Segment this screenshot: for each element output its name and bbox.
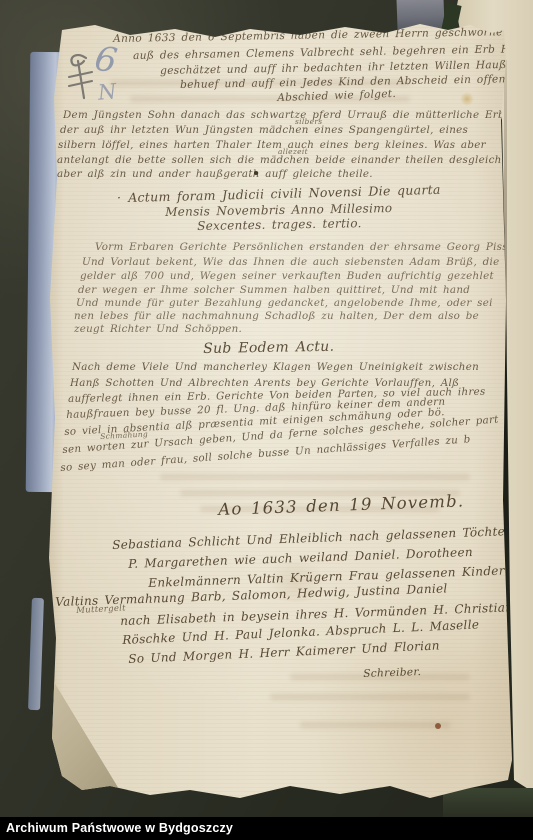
manuscript-line: antelangt die bette sollen sich die mädc… <box>57 154 515 166</box>
closing-word: Schreiber. <box>363 666 421 680</box>
archival-scan-photo: 6 N Anno 1633 den 6 Septembris haben die… <box>0 0 533 840</box>
manuscript-line: Dem Jüngsten Sohn danach das schwartze p… <box>63 109 508 121</box>
archive-caption-bar: Archiwum Państwowe w Bydgoszczy <box>0 817 533 840</box>
manuscript-line: zeugt Richter Und Schöppen. <box>74 323 242 335</box>
manuscript-page: 6 N Anno 1633 den 6 Septembris haben die… <box>40 22 520 804</box>
manuscript-line: behuef und auff ein Jedes Kind den Absch… <box>180 73 506 91</box>
underlying-page-edge-lower <box>28 598 44 710</box>
margin-note: Muttergelt <box>76 603 126 616</box>
manuscript-line: gelder alß 700 und, Wegen seiner verkauf… <box>80 270 494 282</box>
section-heading-sub-eodem-actu: Sub Eodem Actu. <box>203 339 334 357</box>
bleedthrough-line <box>300 722 450 728</box>
manuscript-line: der auß ihr letzten Wun Jüngsten mädchen… <box>60 124 468 136</box>
latin-formula-line: Sexcentes. trages. tertio. <box>197 216 362 233</box>
manuscript-line: der wegen er Ihme solcher Summen halben … <box>78 284 470 296</box>
binding-shadow <box>443 788 533 818</box>
manuscript-line: Vorm Erbaren Gerichte Persönlichen ersta… <box>95 241 521 253</box>
manuscript-line: aber alß zin und ander haußgerath auff g… <box>57 168 373 180</box>
bleedthrough-line <box>160 474 470 480</box>
archive-caption: Archiwum Państwowe w Bydgoszczy <box>0 817 533 840</box>
manuscript-line: Und munde für guter Bezahlung gedancket,… <box>76 297 493 309</box>
manuscript-line: nen lebes für alle nachmahnung Schadloß … <box>74 310 479 322</box>
blue-pencil-letter: N <box>97 79 117 105</box>
latin-formula-line: Actum foram Judicii civili Novensi Die q… <box>128 182 441 205</box>
pencil-mark-icon <box>64 52 94 104</box>
bleedthrough-line <box>270 694 470 700</box>
latin-bullet: · <box>117 190 121 205</box>
dog-ear-fold <box>40 642 135 802</box>
manuscript-line: Und Vorlaut bekent, Wie das Ihnen die au… <box>82 256 500 268</box>
rust-spot <box>435 723 441 729</box>
manuscript-line: silbern löffel, eines harten Thaler Item… <box>58 139 486 151</box>
interlinear-insertion: silbers <box>295 117 322 126</box>
stain-spot <box>460 92 474 106</box>
manuscript-line: Nach deme Viele Und mancherley Klagen We… <box>72 361 479 373</box>
